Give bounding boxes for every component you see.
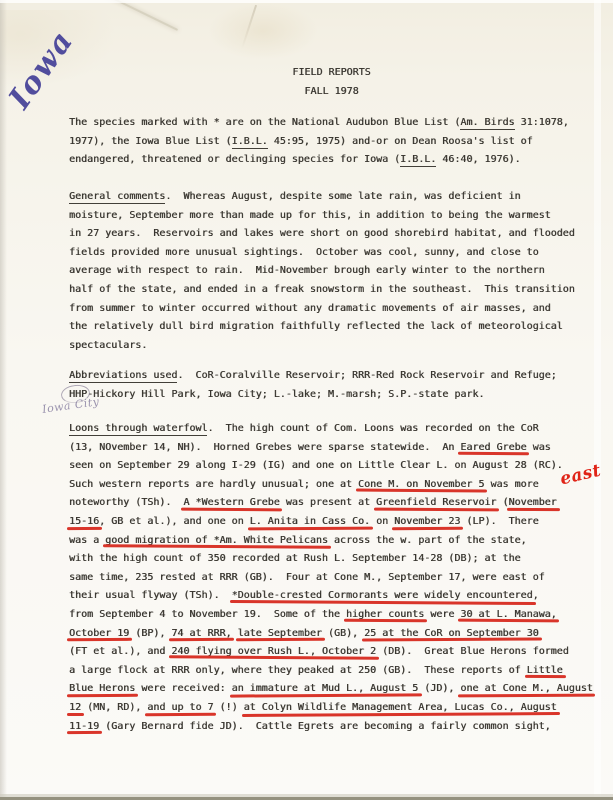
red-underlined-text: Eared Grebe xyxy=(460,442,526,453)
text-line: from September 4 to November 19. Some of… xyxy=(69,606,594,625)
text-segment: (BP), xyxy=(129,628,171,639)
red-underlined-text: 74 at RRR, xyxy=(171,628,231,639)
text-line: Such western reports are hardly unusual;… xyxy=(69,476,594,495)
text-segment: a large flock at RRR only, where they pe… xyxy=(69,665,527,676)
text-segment: was a xyxy=(69,535,105,546)
red-underlined-text: 12 xyxy=(69,702,81,713)
text-segment: 45:95, 1975) and-or on Dean Roosa's list… xyxy=(268,136,533,147)
text-segment: 31:1078, xyxy=(515,117,569,128)
red-underlined-text: Cone M. on November 5 xyxy=(358,479,484,490)
red-underlined-text: November 23 xyxy=(394,516,460,527)
text-segment: the relatively dull bird migration faith… xyxy=(69,321,563,332)
circled-text: HHP xyxy=(69,389,87,400)
text-line: fields provided more unusual sightings. … xyxy=(69,244,594,263)
text-line: (FT et al.), and 240 flying over Rush L.… xyxy=(69,643,594,662)
text-line: their usual flyway (TSh). *Double-creste… xyxy=(69,587,594,606)
typed-underlined-text: Abbreviations used xyxy=(69,370,177,383)
red-underlined-text: Blue Herons xyxy=(69,683,135,694)
text-segment: was xyxy=(527,442,551,453)
text-segment: from summer to winter occurred without a… xyxy=(69,303,551,314)
text-line: HHP-Hickory Hill Park, Iowa City; L.-lak… xyxy=(69,386,594,405)
text-segment: in 27 years. Reservoirs and lakes were s… xyxy=(69,228,575,239)
text-line: with the high count of 350 recorded at R… xyxy=(69,550,594,569)
text-line: half of the state, and ended in a freak … xyxy=(69,281,594,300)
text-segment: (JD), xyxy=(418,683,460,694)
text-line: from summer to winter occurred without a… xyxy=(69,300,594,319)
text-segment: moisture, September more than made up fo… xyxy=(69,210,551,221)
text-line: same time, 235 rested at RRR (GB). Four … xyxy=(69,569,594,588)
red-underlined-text: good migration of *Am. White Pelicans xyxy=(105,535,328,546)
red-underlined-text: *Double-crested Cormorants were widely e… xyxy=(232,590,533,601)
text-segment: fields provided more unusual sightings. … xyxy=(69,247,539,258)
text-segment: , xyxy=(533,590,539,601)
text-segment: (DB). Great Blue Herons formed xyxy=(376,646,569,657)
red-underlined-text: higher counts xyxy=(346,609,424,620)
text-line: Loons through waterfowl. The high count … xyxy=(69,420,594,439)
text-line: 15-16, GB et al.), and one on L. Anita i… xyxy=(69,513,594,532)
red-underlined-text: at Colyn Wildlife Management Area, Lucas… xyxy=(244,702,557,713)
red-underlined-text: one at Cone M., August xyxy=(460,683,592,694)
text-segment: ( xyxy=(496,497,508,508)
typed-underlined-text: I.B.L. xyxy=(232,136,268,149)
text-segment: endangered, threatened or declinging spe… xyxy=(69,154,400,165)
text-line: the relatively dull bird migration faith… xyxy=(69,318,594,337)
text-line: noteworthy (TSh). A *Western Grebe was p… xyxy=(69,494,594,513)
text-line: (13, NOvember 14, NH). Horned Grebes wer… xyxy=(69,439,594,458)
paragraph: The species marked with * are on the Nat… xyxy=(69,114,594,170)
red-underlined-text: October 19 xyxy=(69,628,129,639)
red-underlined-text: an immature at Mud L., August 5 xyxy=(232,683,419,694)
text-segment: 46:40, 1976). xyxy=(436,154,520,165)
red-underlined-text: L. Anita in Cass Co. xyxy=(250,516,370,527)
red-underlined-text: 15-16 xyxy=(69,516,99,527)
text-segment: The species marked with * are on the Nat… xyxy=(69,117,460,128)
red-underlined-text: 25 at the CoR on September 30 xyxy=(364,628,539,639)
scan-edge xyxy=(0,0,613,3)
text-segment: were received: xyxy=(135,683,231,694)
text-segment: . CoR-Coralville Reservoir; RRR-Red Rock… xyxy=(177,370,556,381)
red-underlined-text: 240 flying over Rush L., October 2 xyxy=(171,646,376,657)
text-segment: 1977), the Iowa Blue List ( xyxy=(69,136,232,147)
text-line: endangered, threatened or declinging spe… xyxy=(69,151,594,170)
text-segment: same time, 235 rested at RRR (GB). Four … xyxy=(69,572,545,583)
text-segment: Such western reports are hardly unusual;… xyxy=(69,479,358,490)
text-segment: (13, NOvember 14, NH). Horned Grebes wer… xyxy=(69,442,460,453)
text-segment: seen on September 29 along I-29 (IG) and… xyxy=(69,460,563,471)
document-title: FIELD REPORTS FALL 1978 xyxy=(69,64,594,101)
text-segment: (FT et al.), and xyxy=(69,646,171,657)
text-line: Abbreviations used. CoR-Coralville Reser… xyxy=(69,367,594,386)
text-line: in 27 years. Reservoirs and lakes were s… xyxy=(69,225,594,244)
red-underlined-text: 30 at L. Manawa, xyxy=(460,609,556,620)
text-line: 1977), the Iowa Blue List (I.B.L. 45:95,… xyxy=(69,133,594,152)
text-segment: was present at xyxy=(280,497,376,508)
text-line: 11-19 (Gary Bernard fide JD). Cattle Egr… xyxy=(69,718,594,737)
typed-underlined-text: Loons through waterfowl xyxy=(69,423,207,436)
red-underlined-text: and up to 7 xyxy=(147,702,213,713)
text-line: October 19 (BP), 74 at RRR, late Septemb… xyxy=(69,625,594,644)
text-segment: half of the state, and ended in a freak … xyxy=(69,284,575,295)
red-underlined-text: late September xyxy=(238,628,322,639)
red-underlined-text: Greenfield Reservoir xyxy=(376,497,496,508)
text-segment: noteworthy (TSh). xyxy=(69,497,183,508)
paper-stain xyxy=(208,2,318,60)
paragraph: Loons through waterfowl. The high count … xyxy=(69,420,594,736)
text-segment: with the high count of 350 recorded at R… xyxy=(69,553,521,564)
text-line: was a good migration of *Am. White Pelic… xyxy=(69,532,594,551)
text-segment: . Whereas August, despite some late rain… xyxy=(165,191,520,202)
text-segment: (GB), xyxy=(322,628,364,639)
text-segment: spectaculars. xyxy=(69,340,147,351)
text-line: average with respect to rain. Mid-Novemb… xyxy=(69,262,594,281)
paragraph: General comments. Whereas August, despit… xyxy=(69,188,594,355)
text-segment: from September 4 to November 19. Some of… xyxy=(69,609,346,620)
red-underlined-text: Little xyxy=(527,665,563,676)
text-segment: on xyxy=(370,516,394,527)
text-segment: -Hickory Hill Park, Iowa City; L.-lake; … xyxy=(87,389,484,400)
text-segment: (Gary Bernard fide JD). Cattle Egrets ar… xyxy=(99,721,551,732)
text-segment: across the w. part of the state, xyxy=(328,535,527,546)
title-line-2: FALL 1978 xyxy=(69,83,594,102)
typed-underlined-text: I.B.L. xyxy=(400,154,436,167)
scanned-document-page: Iowa Iowa City east FIELD REPORTS FALL 1… xyxy=(0,0,613,800)
scan-edge xyxy=(594,0,601,800)
text-segment: , GB et al.), and one on xyxy=(99,516,250,527)
typed-underlined-text: Am. Birds xyxy=(460,117,514,130)
text-line: Blue Herons were received: an immature a… xyxy=(69,680,594,699)
text-segment: their usual flyway (TSh). xyxy=(69,590,232,601)
text-line: The species marked with * are on the Nat… xyxy=(69,114,594,133)
text-line: spectaculars. xyxy=(69,337,594,356)
text-segment: . The high count of Com. Loons was recor… xyxy=(207,423,538,434)
typed-underlined-text: General comments xyxy=(69,191,165,204)
title-line-1: FIELD REPORTS xyxy=(69,64,594,83)
red-underlined-text: November xyxy=(509,497,557,508)
text-segment: (LP). There xyxy=(460,516,538,527)
text-segment: (MN, RD), xyxy=(81,702,147,713)
text-segment: were xyxy=(424,609,460,620)
text-segment: was more xyxy=(484,479,538,490)
scan-edge xyxy=(0,0,7,800)
red-underlined-text: A *Western Grebe xyxy=(183,497,279,508)
text-segment: (!) xyxy=(214,702,244,713)
text-segment: average with respect to rain. Mid-Novemb… xyxy=(69,265,545,276)
red-underlined-text: 11-19 xyxy=(69,721,99,732)
text-line: a large flock at RRR only, where they pe… xyxy=(69,662,594,681)
paragraph: Abbreviations used. CoR-Coralville Reser… xyxy=(69,367,594,404)
text-line: General comments. Whereas August, despit… xyxy=(69,188,594,207)
text-line: moisture, September more than made up fo… xyxy=(69,207,594,226)
text-line: seen on September 29 along I-29 (IG) and… xyxy=(69,457,594,476)
text-line: 12 (MN, RD), and up to 7 (!) at Colyn Wi… xyxy=(69,699,594,718)
